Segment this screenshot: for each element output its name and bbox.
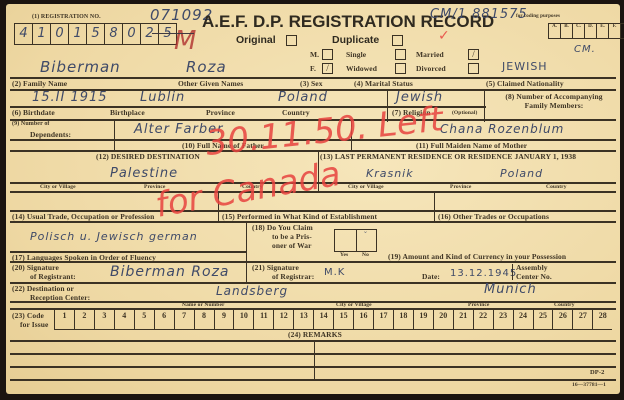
religion-optional-label: (Optional): [452, 110, 477, 116]
divorced-checkbox[interactable]: [468, 63, 479, 74]
coding-box: E.: [597, 24, 609, 38]
red-checkmark: ✓: [438, 28, 450, 44]
registrar-signature-label-2: of Registrar:: [272, 272, 314, 281]
code-box: 22: [473, 310, 493, 329]
code-box: 25: [533, 310, 553, 329]
slash-mark: M: [174, 26, 196, 56]
date-label: Date:: [422, 272, 440, 281]
given-names-label: Other Given Names: [178, 79, 243, 88]
occupation-label: (14) Usual Trade, Occupation or Professi…: [12, 212, 154, 221]
check-initials: CM.: [574, 44, 596, 55]
married-checkbox-checked[interactable]: /: [468, 49, 479, 60]
code-box: 10: [233, 310, 253, 329]
sex-m-checkbox[interactable]: [322, 49, 333, 60]
birthdate-value: 15.II 1915: [32, 90, 108, 105]
sex-f-label: F.: [310, 64, 316, 73]
top-right-reference: CM/1 881575: [430, 7, 528, 22]
registrant-signature-value: Biberman Roza: [110, 264, 230, 280]
code-box: 17: [373, 310, 393, 329]
last-residence-province-value: Poland: [500, 167, 543, 180]
sex-m-label: M.: [310, 50, 319, 59]
dependents-label-1: (9) Number of: [12, 121, 50, 127]
reg-digit: 0: [51, 24, 69, 44]
code-box: 21: [453, 310, 473, 329]
code-box: 13: [293, 310, 313, 329]
dest-city-label: City or Village: [40, 184, 76, 190]
coding-purposes-label: for coding purposes: [516, 14, 560, 19]
languages-value: Polisch u. Jewisch german: [30, 230, 198, 243]
code-box: 6: [154, 310, 174, 329]
registrant-signature-label-1: (20) Signature: [12, 263, 59, 272]
sex-label: (3) Sex: [300, 79, 323, 88]
original-checkbox[interactable]: [286, 35, 297, 46]
date-value: 13.12.1945: [450, 268, 517, 279]
code-box: 23: [493, 310, 513, 329]
remarks-line: [10, 366, 616, 368]
code-box: 12: [273, 310, 293, 329]
remarks-line: [10, 340, 616, 342]
pow-label-3: oner of War: [272, 241, 312, 250]
mother-name-label: (11) Full Maiden Name of Mother: [416, 141, 527, 150]
print-code: 16—37781—1: [572, 382, 606, 388]
code-box: 27: [572, 310, 592, 329]
assembly-label-1: Assembly: [516, 263, 548, 272]
reception-label-1: (22) Destination or: [12, 284, 74, 293]
birth-province-label: Province: [206, 108, 235, 117]
code-box: 9: [214, 310, 234, 329]
res-country-label: Country: [546, 184, 567, 190]
other-trades-label: (16) Other Trades or Occupations: [438, 212, 549, 221]
original-label: Original: [236, 34, 276, 46]
code-issue-label-1: (23) Code: [12, 311, 44, 320]
duplicate-label: Duplicate: [332, 34, 379, 46]
code-box: 7: [174, 310, 194, 329]
claimed-nationality-value: JEWISH: [502, 60, 548, 73]
code-issue-boxes: 1 2 3 4 5 6 7 8 9 10 11 12 13 14 15 16 1…: [54, 309, 612, 330]
remarks-line: [10, 379, 616, 381]
establishment-label: (15) Performed in What Kind of Establish…: [222, 212, 377, 221]
reg-digit: 4: [15, 24, 33, 44]
remarks-divider: [314, 340, 315, 380]
duplicate-checkbox[interactable]: [392, 35, 403, 46]
registration-card: (1) REGISTRATION NO. 4 1 0 1 5 8 0 2 5 0…: [6, 4, 620, 394]
divider: [434, 191, 435, 221]
divider: [246, 221, 247, 282]
reg-digit: 5: [87, 24, 105, 44]
last-residence-label: (13) LAST PERMANENT RESIDENCE OR RESIDEN…: [320, 152, 576, 161]
reg-digit: 8: [105, 24, 123, 44]
res-province-label: Province: [450, 184, 471, 190]
coding-box: B.: [561, 24, 573, 38]
registration-no-label: (1) REGISTRATION NO.: [32, 14, 101, 20]
code-box: 26: [552, 310, 572, 329]
code-box: 4: [114, 310, 134, 329]
given-name-value: Roza: [186, 58, 227, 76]
coding-box: D.: [585, 24, 597, 38]
code-box: 1: [54, 310, 74, 329]
code-box: 24: [513, 310, 533, 329]
accompanying-family-label: (8) Number of Accompanying Family Member…: [498, 92, 610, 110]
pow-label-2: to be a Pris-: [272, 232, 312, 241]
code-box: 28: [592, 310, 612, 329]
birth-country-value: Poland: [278, 90, 328, 105]
strikeout-line: [152, 33, 194, 34]
divider: [10, 301, 616, 303]
marital-status-label: (4) Marital Status: [354, 79, 413, 88]
birthdate-label: (6) Birthdate: [12, 108, 55, 117]
marital-divorced-label: Divorced: [416, 64, 446, 73]
registrant-signature-label-2: of Registrant:: [30, 272, 76, 281]
code-box: 11: [253, 310, 273, 329]
family-name-value: Biberman: [40, 58, 121, 76]
code-box: 20: [433, 310, 453, 329]
pow-yes-box[interactable]: [334, 229, 357, 252]
coding-boxes: A. B. C. D. E. F. G. H. I. ✕: [548, 23, 624, 39]
code-box: 15: [333, 310, 353, 329]
pow-no-label: No: [362, 252, 369, 258]
marital-single-label: Single: [346, 50, 366, 59]
widowed-checkbox[interactable]: [395, 63, 406, 74]
coding-box: A.: [549, 24, 561, 38]
currency-label: (19) Amount and Kind of Currency in your…: [388, 252, 566, 261]
dependents-label-2: Dependents:: [30, 130, 71, 139]
registrar-signature-value: M.K: [324, 267, 345, 278]
remarks-label: (24) REMARKS: [288, 330, 342, 339]
form-number: DP-2: [590, 369, 604, 376]
reception-province-value: Munich: [484, 282, 537, 297]
single-checkbox[interactable]: [395, 49, 406, 60]
coding-box: C.: [573, 24, 585, 38]
remarks-line: [10, 353, 616, 355]
assembly-label-2: Center No.: [516, 272, 552, 281]
marital-married-label: Married: [416, 50, 444, 59]
registrar-signature-label-1: (21) Signature: [252, 263, 299, 272]
marital-widowed-label: Widowed: [346, 64, 377, 73]
divider: [512, 264, 513, 280]
family-name-label: (2) Family Name: [12, 79, 67, 88]
coding-box: F.: [609, 24, 621, 38]
claimed-nationality-label: (5) Claimed Nationality: [486, 79, 564, 88]
code-box: 2: [74, 310, 94, 329]
code-box: 19: [413, 310, 433, 329]
code-box: 5: [134, 310, 154, 329]
pow-yes-label: Yes: [340, 252, 348, 258]
code-issue-label-2: for Issue: [20, 320, 48, 329]
code-box: 14: [313, 310, 333, 329]
pow-no-box-checked[interactable]: ˘: [355, 229, 377, 252]
reg-digit: 0: [123, 24, 141, 44]
reg-digit: 1: [69, 24, 87, 44]
divider: [114, 119, 115, 152]
res-city-label: City or Village: [348, 184, 384, 190]
reg-digit: 1: [33, 24, 51, 44]
code-box: 16: [353, 310, 373, 329]
birthplace-value: Lublin: [140, 90, 185, 105]
code-box: 8: [194, 310, 214, 329]
sex-f-checkbox-checked[interactable]: /: [322, 63, 333, 74]
birthplace-label: Birthplace: [110, 108, 145, 117]
divider: [10, 221, 616, 223]
desired-destination-value: Palestine: [110, 166, 178, 181]
code-box: 3: [94, 310, 114, 329]
last-residence-city-value: Krasnik: [366, 167, 414, 180]
code-box: 18: [393, 310, 413, 329]
pow-label-1: (18) Do You Claim: [252, 223, 313, 232]
mother-name-value: Chana Rozenblum: [440, 122, 564, 136]
desired-destination-label: (12) DESIRED DESTINATION: [96, 152, 200, 161]
reception-name-value: Landsberg: [216, 284, 288, 298]
